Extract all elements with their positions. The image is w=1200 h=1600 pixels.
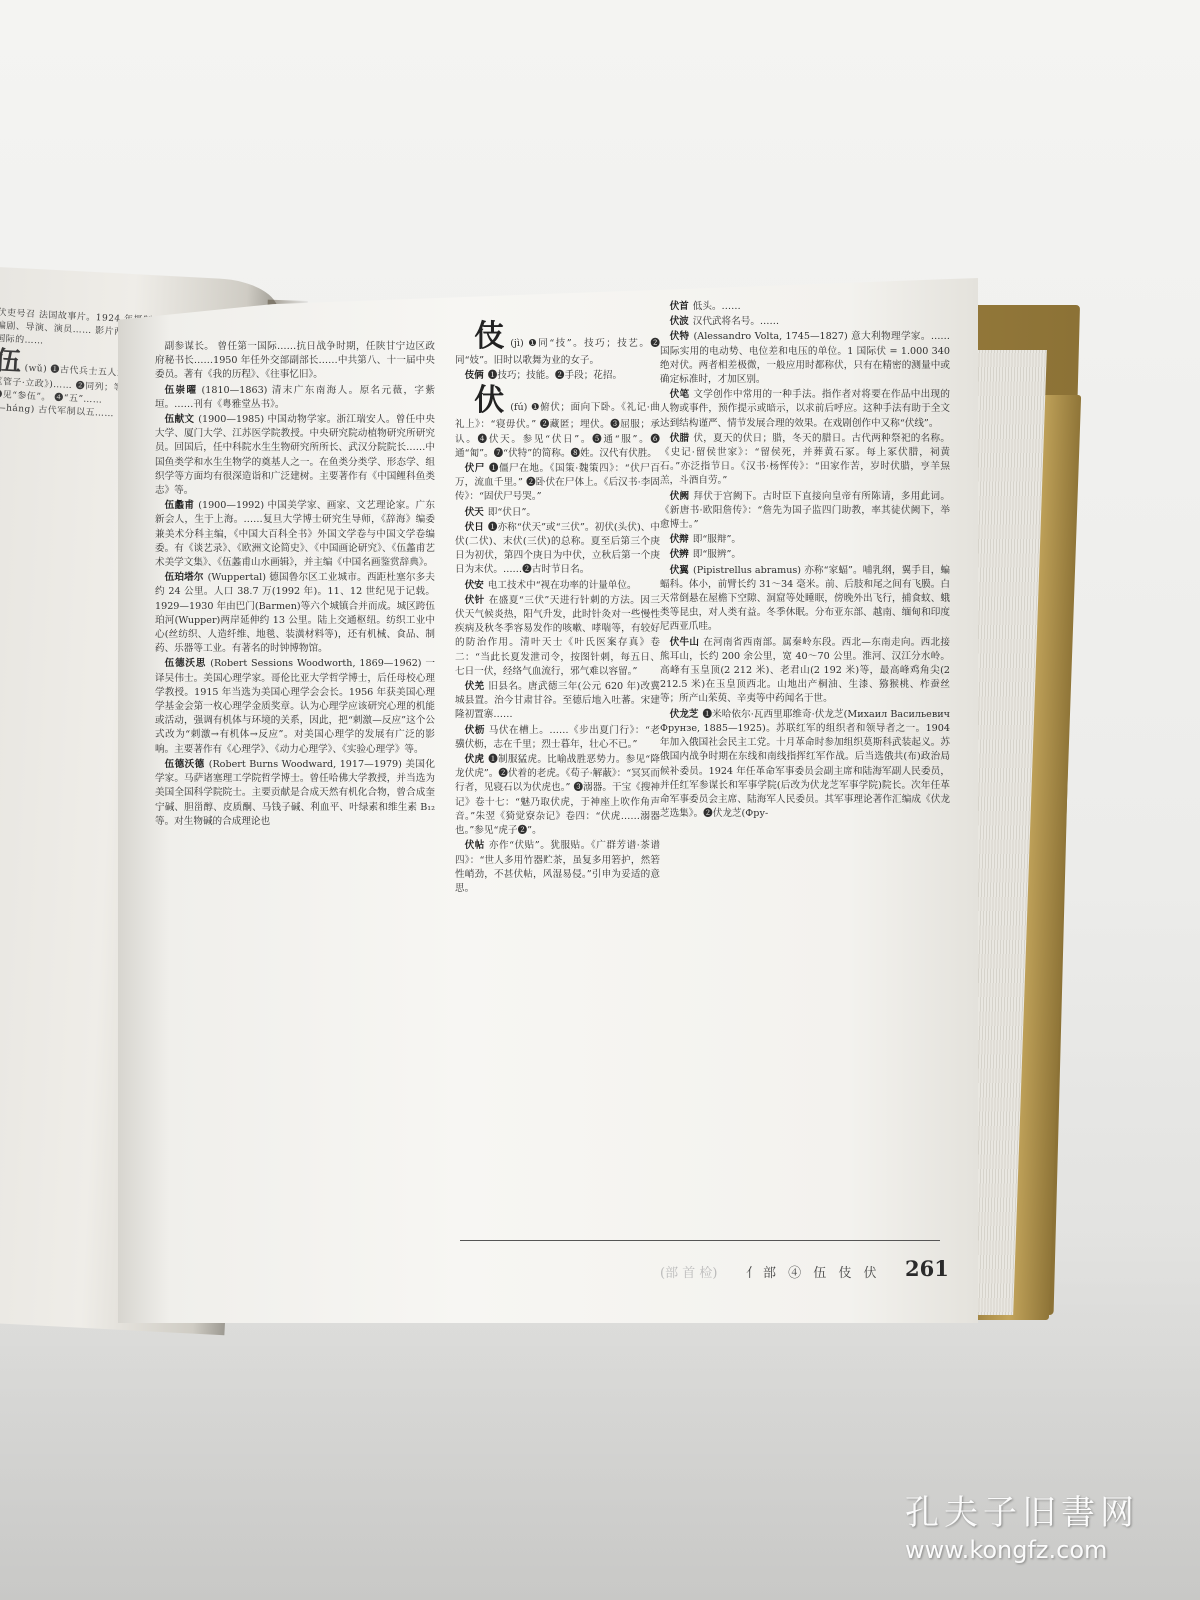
watermark-title: 孔夫子旧書网 <box>905 1485 1139 1534</box>
headword: 伎俩 <box>465 370 484 381</box>
headword: 伏辨 <box>670 549 689 560</box>
headword: 伍德沃思 <box>165 658 207 669</box>
headword: 伏波 <box>670 316 689 327</box>
dict-entry: 伏安电工技术中“视在功率的计量单位。 <box>455 579 660 593</box>
dict-entry: 伏日❶亦称“伏天”或“三伏”。初伏(头伏)、中伏(二伏)、末伏(三伏)的总称。夏… <box>455 521 660 578</box>
headword: 伏尸 <box>465 463 485 474</box>
headword: 伏针 <box>465 595 485 606</box>
column-a: 副参谋长。 曾任第一国际……抗日战争时期，任陕甘宁边区政府秘书长……1950 年… <box>155 340 435 830</box>
dict-entry: 伏笔文学创作中常用的一种手法。指作者对将要在作品中出现的人物或事件，预作提示或暗… <box>660 388 950 431</box>
headword: 伏腊 <box>670 433 690 444</box>
dict-entry: 伍德沃思(Robert Sessions Woodworth, 1869—196… <box>155 657 435 756</box>
footer-section-faded: (部 首 检) <box>660 1262 717 1281</box>
headword: 伏笔 <box>670 389 690 400</box>
dict-entry: 伍珀塔尔(Wuppertal) 德国鲁尔区工业城市。西距杜塞尔多夫约 24 公里… <box>155 571 435 656</box>
dict-entry: 伏波汉代武将名号。…… <box>660 315 950 329</box>
dict-entry: 伏牛山在河南省西南部。属秦岭东段。西北—东南走向。西北接熊耳山，长约 200 余… <box>660 636 950 707</box>
headword: 伏阙 <box>670 491 690 502</box>
headword: 伏安 <box>465 580 484 591</box>
dict-entry: 伏阙拜伏于宫阙下。古时臣下直接向皇帝有所陈请，多用此词。《新唐书·欧阳詹传》：“… <box>660 490 950 533</box>
dict-entry: 伏首低头。…… <box>660 300 950 314</box>
dict-entry: 伏帖亦作“伏贴”。犹服贴。《广群芳谱·茶谱四》：“世人多用竹器贮茶，虽复多用箬护… <box>455 839 660 896</box>
left-head-char: 伍 <box>0 346 22 377</box>
dict-entry: 伍崇曜(1810—1863) 清末广东南海人。原名元薇，字紫垣。……刊有《粤雅堂… <box>155 384 435 412</box>
headword: 伏龙芝 <box>670 709 699 720</box>
dict-entry: 伍德沃德(Robert Burns Woodward, 1917—1979) 美… <box>155 758 435 829</box>
dict-entry: 伏龙芝❶米哈依尔·瓦西里耶维奇·伏龙芝(Михаил Васильевич Фр… <box>660 708 950 822</box>
headword: 伏羌 <box>465 681 485 692</box>
dict-entry: 伏(fú) ❶俯伏；面向下卧。《礼记·曲礼上》：“寝毋伏。” ❷藏匿；埋伏。❸屈… <box>455 384 660 461</box>
headword: 伍崇曜 <box>165 385 198 396</box>
footer-radical-label: 亻部 ④ 伍 伎 伏 <box>746 1262 881 1281</box>
dict-entry: 伏枥马伏在槽上。……《步出夏门行》：“老骥伏枥，志在千里；烈士暮年，壮心不已。” <box>455 724 660 752</box>
page-number: 261 <box>905 1256 949 1281</box>
dict-entry: 伏尸❶僵尸在地。《国策·魏策四》：“伏尸百万，流血千里。” ❷卧伏在尸体上。《后… <box>455 462 660 505</box>
headword: 伍献文 <box>165 414 195 425</box>
headword: 伏辩 <box>670 534 689 545</box>
headword: 伏帖 <box>465 840 485 851</box>
dict-entry: 伏翼(Pipistrellus abramus) 亦称“家蝠”。哺乳纲，翼手目，… <box>660 564 950 635</box>
headword: 伏牛山 <box>670 637 700 648</box>
dict-entry: 伏辨即“服辨”。 <box>660 548 950 562</box>
headword: 伍德沃德 <box>165 759 205 770</box>
dict-entry: 伏辩即“服辩”。 <box>660 533 950 547</box>
headword: 伏枥 <box>465 725 485 736</box>
dict-entry: 伏虎❶制服猛虎。比喻战胜恶势力。参见“降龙伏虎”。❷伏着的老虎。《荀子·解蔽》：… <box>455 753 660 838</box>
watermark-url: www.kongfz.com <box>905 1536 1139 1564</box>
watermark: 孔夫子旧書网 www.kongfz.com <box>905 1485 1139 1564</box>
headword: 伏特 <box>670 331 690 342</box>
dict-entry: 伏针在盛夏“三伏”天进行针刺的方法。因三伏天气候炎热，阳气升发，此时针灸对一些慢… <box>455 594 660 679</box>
column-c: 伏首低头。…… 伏波汉代武将名号。…… 伏特(Alessandro Volta,… <box>660 300 950 822</box>
headword: 伏翼 <box>670 565 689 576</box>
footer-rule <box>460 1240 940 1241</box>
dict-entry: 伏羌旧县名。唐武德三年(公元 620 年)改冀城县置。治今甘肃甘谷。至德后地入吐… <box>455 680 660 723</box>
column-b: 伎(jì) ❶同“技”。技巧；技艺。❷同“妓”。旧时以歌舞为业的女子。 伎俩❶技… <box>455 320 660 897</box>
dict-entry: 伏特(Alessandro Volta, 1745—1827) 意大利物理学家。… <box>660 330 950 387</box>
headword: 伍蠡甫 <box>165 500 195 511</box>
dict-entry: 伎俩❶技巧；技能。❷手段；花招。 <box>455 369 660 383</box>
head-character: 伏 <box>465 384 505 418</box>
dict-entry: 伍献文(1900—1985) 中国动物学家。浙江瑞安人。曾任中央大学、厦门大学、… <box>155 413 435 498</box>
dict-entry: 副参谋长。 曾任第一国际……抗日战争时期，任陕甘宁边区政府秘书长……1950 年… <box>155 340 435 383</box>
headword: 伍珀塔尔 <box>165 572 204 583</box>
head-character: 伎 <box>465 320 505 354</box>
headword: 伏虎 <box>465 754 485 765</box>
headword: 伏首 <box>670 301 689 312</box>
headword: 伏日 <box>465 522 484 533</box>
dict-entry: 伍蠡甫(1900—1992) 中国美学家、画家、文艺理论家。广东新会人，生于上海… <box>155 499 435 570</box>
dict-entry: 伏天即“伏日”。 <box>455 506 660 520</box>
dict-entry: 伏腊伏，夏天的伏日；腊，冬天的腊日。古代两种祭祀的名称。《史记·留侯世家》：“留… <box>660 432 950 489</box>
headword: 伏天 <box>465 507 484 518</box>
dict-entry: 伎(jì) ❶同“技”。技巧；技艺。❷同“妓”。旧时以歌舞为业的女子。 <box>455 320 660 368</box>
